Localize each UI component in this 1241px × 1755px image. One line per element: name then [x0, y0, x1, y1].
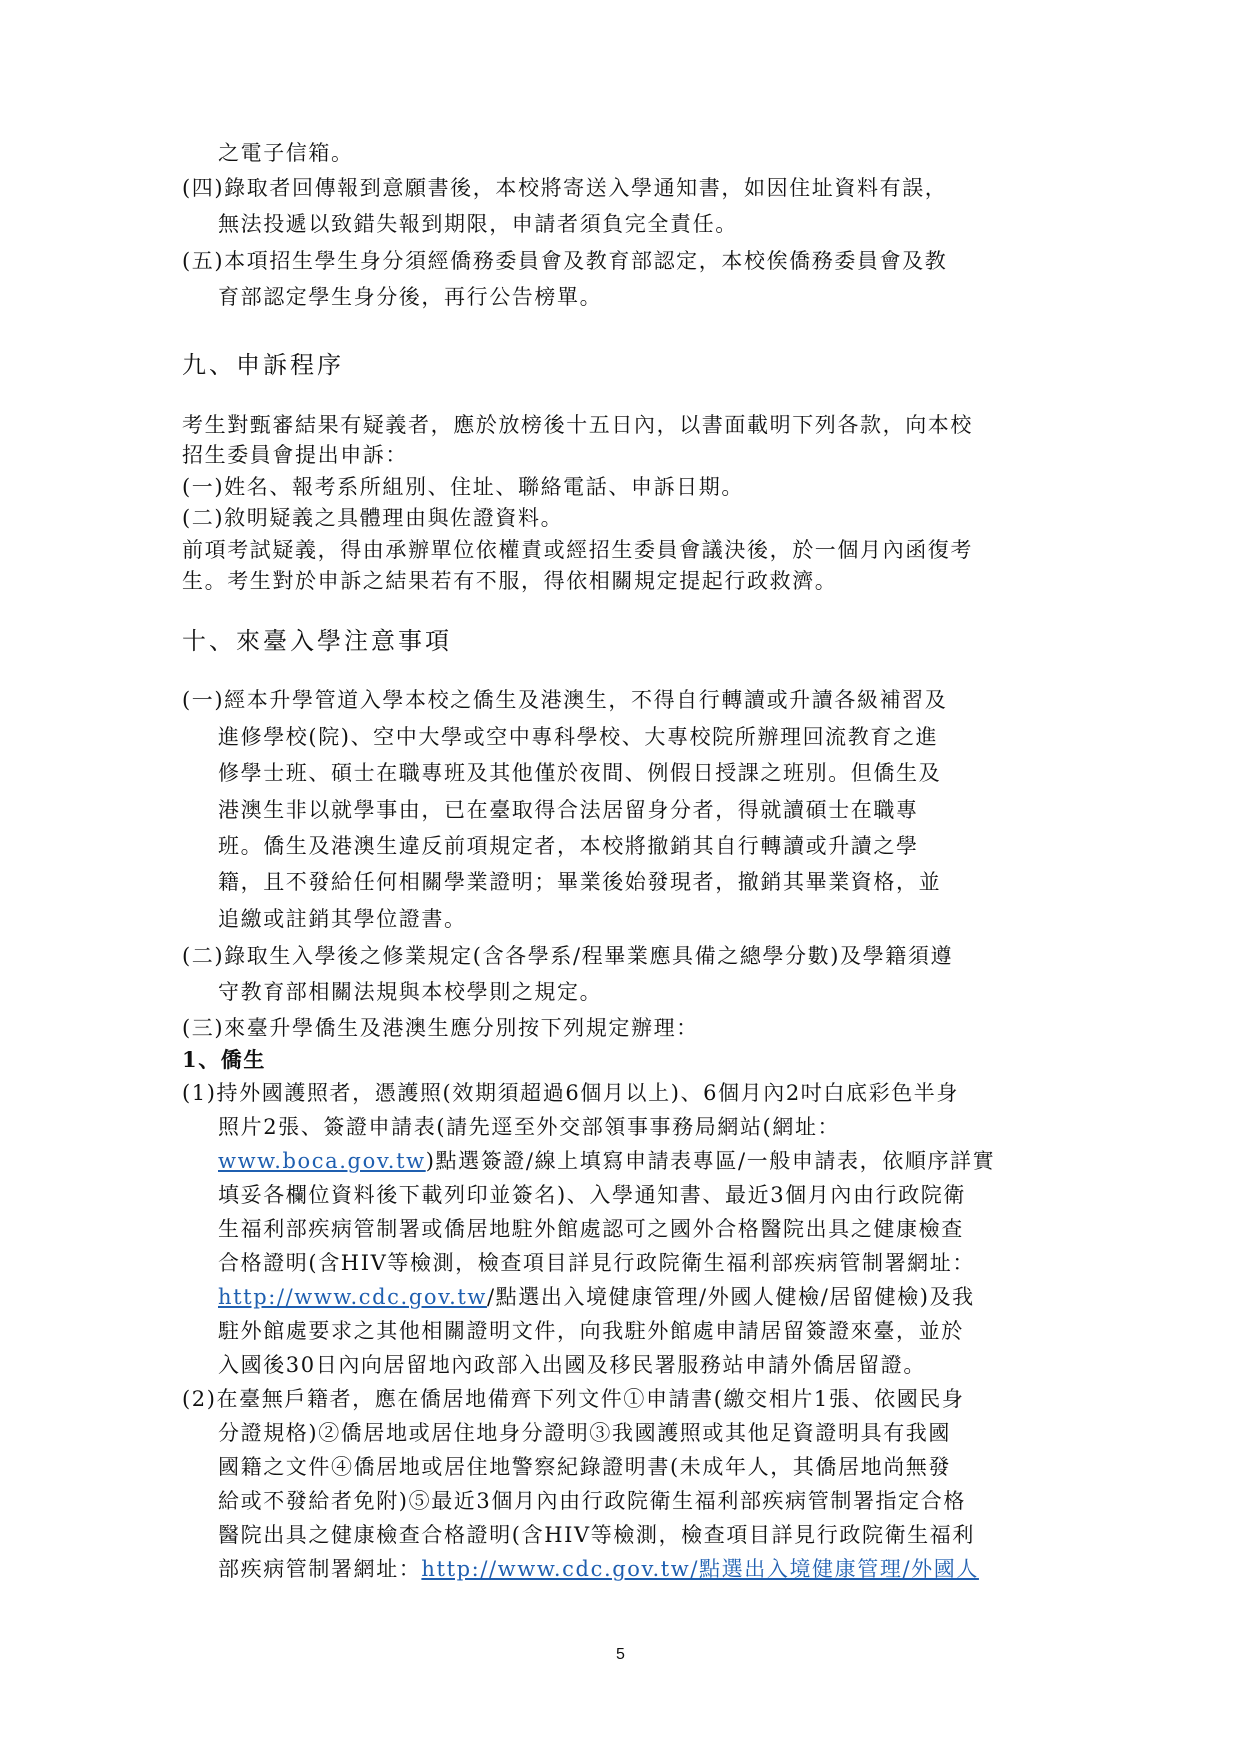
section-heading-enrollment-notes: 十、來臺入學注意事項	[182, 626, 452, 656]
list-item-5-cont: 育部認定學生身分後，再行公告榜單。	[218, 282, 602, 312]
sub-item-1-cont: 合格證明(含HIV等檢測，檢查項目詳見行政院衛生福利部疾病管制署網址：	[218, 1248, 975, 1278]
sub-item-1-cont: 駐外館處要求之其他相關證明文件，向我駐外館處申請居留簽證來臺，並於	[218, 1316, 964, 1346]
sub-item-1-cont: 填妥各欄位資料後下載列印並簽名)、入學通知書、最近3個月內由行政院衛	[218, 1180, 966, 1210]
sub-item-2: (2)在臺無戶籍者，應在僑居地備齊下列文件①申請書(繳交相片1張、依國民身	[182, 1384, 965, 1414]
section-heading-appeal: 九、申訴程序	[182, 350, 344, 380]
list-item-5: (五)本項招生學生身分須經僑務委員會及教育部認定，本校俟僑務委員會及教	[182, 246, 947, 276]
sub-item-2-cont: 國籍之文件④僑居地或居住地警察紀錄證明書(未成年人，其僑居地尚無發	[218, 1452, 951, 1482]
list-item-2: (二)錄取生入學後之修業規定(含各學系/程畢業應具備之總學分數)及學籍須遵	[182, 941, 953, 971]
paragraph-line: 生。考生對於申訴之結果若有不服，得依相關規定提起行政救濟。	[182, 566, 837, 596]
cdc-link-2[interactable]: http://www.cdc.gov.tw/點選出入境健康管理/外國人	[421, 1557, 979, 1581]
sub-item-1-cont: www.boca.gov.tw)點選簽證/線上填寫申請表專區/一般申請表，依順序…	[218, 1146, 995, 1176]
list-item-2-cont: 守教育部相關法規與本校學則之規定。	[218, 977, 602, 1007]
sub-item-2-cont: 醫院出具之健康檢查合格證明(含HIV等檢測，檢查項目詳見行政院衛生福利	[218, 1520, 975, 1550]
list-item-2: (二)敘明疑義之具體理由與佐證資料。	[182, 503, 563, 533]
list-item-4-cont: 無法投遞以致錯失報到期限，申請者須負完全責任。	[218, 209, 738, 239]
sub-item-2-cont: 給或不發給者免附)⑤最近3個月內由行政院衛生福利部疾病管制署指定合格	[218, 1486, 966, 1516]
paragraph-line: 前項考試疑義，得由承辦單位依權責或經招生委員會議決後，於一個月內函復考	[182, 535, 973, 565]
paragraph-line: 招生委員會提出申訴：	[182, 440, 408, 470]
boca-link[interactable]: www.boca.gov.tw	[218, 1149, 426, 1173]
list-item-4: (四)錄取者回傳報到意願書後，本校將寄送入學通知書，如因住址資料有誤，	[182, 173, 947, 203]
sub-item-2-cont: 部疾病管制署網址：http://www.cdc.gov.tw/點選出入境健康管理…	[218, 1554, 979, 1584]
paragraph-line: 考生對甄審結果有疑義者，應於放榜後十五日內，以書面載明下列各款，向本校	[182, 410, 973, 440]
sub-item-1-cont: http://www.cdc.gov.tw/點選出入境健康管理/外國人健檢/居留…	[218, 1282, 975, 1312]
list-item-3: (三)來臺升學僑生及港澳生應分別按下列規定辦理：	[182, 1013, 699, 1043]
text-span: )點選簽證/線上填寫申請表專區/一般申請表，依順序詳實	[426, 1149, 996, 1173]
sub-item-2-cont: 分證規格)②僑居地或居住地身分證明③我國護照或其他足資證明具有我國	[218, 1418, 951, 1448]
sub-item-1: (1)持外國護照者，憑護照(效期須超過6個月以上)、6個月內2吋白底彩色半身	[182, 1078, 959, 1108]
list-item-1-cont: 進修學校(院)、空中大學或空中專科學校、大專校院所辦理回流教育之進	[218, 722, 938, 752]
text-span: /點選出入境健康管理/外國人健檢/居留健檢)及我	[487, 1285, 975, 1309]
list-item-1-cont: 班。僑生及港澳生違反前項規定者，本校將撤銷其自行轉讀或升讀之學	[218, 831, 919, 861]
list-item-1: (一)經本升學管道入學本校之僑生及港澳生，不得自行轉讀或升讀各級補習及	[182, 685, 947, 715]
sub-item-1-cont: 照片2張、簽證申請表(請先逕至外交部領事事務局網站(網址：	[218, 1112, 840, 1142]
list-item-1-cont: 籍，且不發給任何相關學業證明；畢業後始發現者，撤銷其畢業資格，並	[218, 867, 941, 897]
text-line: 之電子信箱。	[218, 138, 354, 168]
cdc-link[interactable]: http://www.cdc.gov.tw	[218, 1285, 487, 1309]
page-number: 5	[0, 1646, 1241, 1664]
list-item-1-cont: 修學士班、碩士在職專班及其他僅於夜間、例假日授課之班別。但僑生及	[218, 758, 941, 788]
list-item-1-cont: 港澳生非以就學事由，已在臺取得合法居留身分者，得就讀碩士在職專	[218, 795, 919, 825]
sub-item-1-cont: 生福利部疾病管制署或僑居地駐外館處認可之國外合格醫院出具之健康檢查	[218, 1214, 964, 1244]
sub-item-1-cont: 入國後30日內向居留地內政部入出國及移民署服務站申請外僑居留證。	[218, 1350, 926, 1380]
list-item-1: (一)姓名、報考系所組別、住址、聯絡電話、申訴日期。	[182, 472, 744, 502]
list-item-1-cont: 追繳或註銷其學位證書。	[218, 904, 467, 934]
text-span: 部疾病管制署網址：	[218, 1557, 421, 1581]
subheading-overseas-chinese: 1、僑生	[182, 1045, 266, 1075]
